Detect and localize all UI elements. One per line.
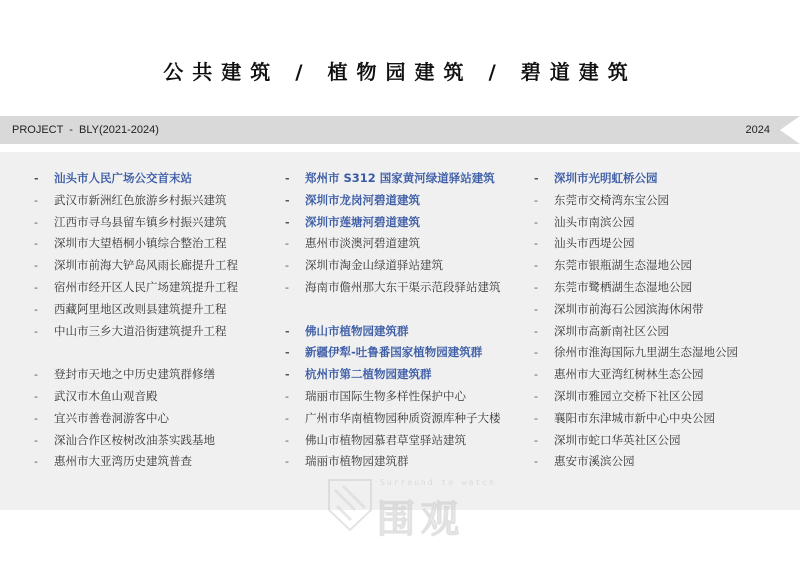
bullet-dash: - xyxy=(285,321,290,343)
project-name: 深圳市前海大铲岛风雨长廊提升工程 xyxy=(54,258,238,272)
project-name: 广州市华南植物园种质资源库种子大楼 xyxy=(305,411,501,425)
bullet-dash: - xyxy=(285,364,290,386)
project-list-item: -杭州市第二植物园建筑群 xyxy=(285,364,501,386)
bullet-dash: - xyxy=(534,321,538,343)
bullet-dash: - xyxy=(534,451,538,473)
project-list-item: -深圳市龙岗河碧道建筑 xyxy=(285,190,501,212)
bullet-dash: - xyxy=(534,299,538,321)
project-list-item: -瑞丽市国际生物多样性保护中心 xyxy=(285,386,501,408)
project-name: 新疆伊犁-吐鲁番国家植物园建筑群 xyxy=(305,345,482,359)
project-list-item: -瑞丽市植物园建筑群 xyxy=(285,451,501,473)
project-banner: PROJECT - BLY(2021-2024) 2024 xyxy=(0,116,800,144)
project-name: 武汉市新洲红色旅游乡村振兴建筑 xyxy=(54,193,227,207)
bullet-dash: - xyxy=(285,233,289,255)
project-list-item: -武汉市木鱼山观音殿 xyxy=(34,386,238,408)
project-list-item: -深汕合作区桉树改油茶实践基地 xyxy=(34,430,238,452)
project-list-item: -汕头市人民广场公交首末站 xyxy=(34,168,238,190)
bullet-dash: - xyxy=(534,277,538,299)
bullet-dash: - xyxy=(285,168,290,190)
bullet-dash: - xyxy=(285,255,289,277)
bullet-dash: - xyxy=(285,212,290,234)
column-public-buildings: -汕头市人民广场公交首末站-武汉市新洲红色旅游乡村振兴建筑-江西市寻乌县留车镇乡… xyxy=(34,168,238,473)
project-name: 深圳市大望梧桐小镇综合整治工程 xyxy=(54,236,227,250)
bullet-dash: - xyxy=(34,451,38,473)
project-name: 惠州市淡澳河碧道建筑 xyxy=(305,236,420,250)
project-list-item: -深圳市蛇口华英社区公园 xyxy=(534,430,738,452)
project-name: 杭州市第二植物园建筑群 xyxy=(305,367,432,381)
bullet-dash: - xyxy=(534,364,538,386)
bullet-dash: - xyxy=(34,168,39,190)
project-name: 惠州市大亚湾历史建筑普查 xyxy=(54,454,192,468)
project-list-item: -深圳市前海石公园滨海休闲带 xyxy=(534,299,738,321)
project-name: 东莞市鹭栖湖生态湿地公园 xyxy=(554,280,692,294)
project-list-item: -海南市儋州那大东干渠示范段驿站建筑 xyxy=(285,277,501,299)
project-name: 惠州市大亚湾红树林生态公园 xyxy=(554,367,704,381)
project-list-item: -深圳市淘金山绿道驿站建筑 xyxy=(285,255,501,277)
bullet-dash: - xyxy=(534,386,538,408)
project-name: 汕头市西堤公园 xyxy=(554,236,635,250)
project-list-item: -东莞市鹭栖湖生态湿地公园 xyxy=(534,277,738,299)
project-name: 深圳市光明虹桥公园 xyxy=(554,171,658,185)
project-name: 襄阳市东津城市新中心中央公园 xyxy=(554,411,715,425)
project-name: 郑州市 S312 国家黄河绿道驿站建筑 xyxy=(305,171,495,185)
bullet-dash: - xyxy=(534,190,538,212)
project-list-item: -深圳市大望梧桐小镇综合整治工程 xyxy=(34,233,238,255)
project-list-item: -深圳市前海大铲岛风雨长廊提升工程 xyxy=(34,255,238,277)
bullet-dash: - xyxy=(34,277,38,299)
project-name: 徐州市淮海国际九里湖生态湿地公园 xyxy=(554,345,738,359)
bullet-dash: - xyxy=(34,386,38,408)
project-list-item: -襄阳市东津城市新中心中央公园 xyxy=(534,408,738,430)
bullet-dash: - xyxy=(534,342,538,364)
bullet-dash: - xyxy=(534,168,539,190)
project-name: 瑞丽市国际生物多样性保护中心 xyxy=(305,389,466,403)
project-name: 深圳市雅园立交桥下社区公园 xyxy=(554,389,704,403)
project-name: 深圳市莲塘河碧道建筑 xyxy=(305,215,420,229)
project-name: 深汕合作区桉树改油茶实践基地 xyxy=(54,433,215,447)
banner-year-label: 2024 xyxy=(746,116,770,144)
project-list-item: -登封市天地之中历史建筑群修缮 xyxy=(34,364,238,386)
project-list-item: -佛山市植物园建筑群 xyxy=(285,321,501,343)
project-name: 佛山市植物园建筑群 xyxy=(305,324,409,338)
project-list-item: -宿州市经开区人民广场建筑提升工程 xyxy=(34,277,238,299)
bullet-dash: - xyxy=(534,212,538,234)
project-name: 海南市儋州那大东干渠示范段驿站建筑 xyxy=(305,280,501,294)
project-list-item: -汕头市西堤公园 xyxy=(534,233,738,255)
bullet-dash: - xyxy=(34,233,38,255)
bullet-dash: - xyxy=(34,212,38,234)
project-name: 东莞市银瓶湖生态湿地公园 xyxy=(554,258,692,272)
project-name: 宿州市经开区人民广场建筑提升工程 xyxy=(54,280,238,294)
project-list-item: -惠州市大亚湾历史建筑普查 xyxy=(34,451,238,473)
banner-project-label: PROJECT - BLY(2021-2024) xyxy=(12,116,159,144)
project-name: 深圳市蛇口华英社区公园 xyxy=(554,433,681,447)
column-greenway-botanical: -郑州市 S312 国家黄河绿道驿站建筑-深圳市龙岗河碧道建筑-深圳市莲塘河碧道… xyxy=(285,168,501,473)
list-spacer xyxy=(34,342,238,364)
project-list-item: -广州市华南植物园种质资源库种子大楼 xyxy=(285,408,501,430)
project-list-item: -东莞市交椅湾东宝公园 xyxy=(534,190,738,212)
project-list-item: -佛山市植物园慕君草堂驿站建筑 xyxy=(285,430,501,452)
project-list-item: -汕头市南滨公园 xyxy=(534,212,738,234)
bullet-dash: - xyxy=(534,430,538,452)
watermark: Surround to watch 围观 xyxy=(325,476,505,536)
project-list-item: -西藏阿里地区改则县建筑提升工程 xyxy=(34,299,238,321)
project-list-item: -深圳市光明虹桥公园 xyxy=(534,168,738,190)
bullet-dash: - xyxy=(34,321,38,343)
bullet-dash: - xyxy=(534,233,538,255)
page-title: 公共建筑 / 植物园建筑 / 碧道建筑 xyxy=(0,56,800,85)
project-list-item: -武汉市新洲红色旅游乡村振兴建筑 xyxy=(34,190,238,212)
bullet-dash: - xyxy=(285,190,290,212)
project-list-item: -中山市三乡大道沿街建筑提升工程 xyxy=(34,321,238,343)
project-list-item: -东莞市银瓶湖生态湿地公园 xyxy=(534,255,738,277)
project-name: 汕头市南滨公园 xyxy=(554,215,635,229)
project-list-item: -深圳市高新南社区公园 xyxy=(534,321,738,343)
bullet-dash: - xyxy=(534,255,538,277)
project-list-item: -惠州市淡澳河碧道建筑 xyxy=(285,233,501,255)
bullet-dash: - xyxy=(34,430,38,452)
project-name: 惠安市溪滨公园 xyxy=(554,454,635,468)
list-spacer xyxy=(285,299,501,321)
bullet-dash: - xyxy=(34,190,38,212)
project-name: 汕头市人民广场公交首末站 xyxy=(54,171,192,185)
bullet-dash: - xyxy=(34,299,38,321)
project-name: 东莞市交椅湾东宝公园 xyxy=(554,193,669,207)
project-name: 西藏阿里地区改则县建筑提升工程 xyxy=(54,302,227,316)
bullet-dash: - xyxy=(285,430,289,452)
project-name: 江西市寻乌县留车镇乡村振兴建筑 xyxy=(54,215,227,229)
project-list-item: -郑州市 S312 国家黄河绿道驿站建筑 xyxy=(285,168,501,190)
project-list-item: -江西市寻乌县留车镇乡村振兴建筑 xyxy=(34,212,238,234)
bullet-dash: - xyxy=(34,255,38,277)
bullet-dash: - xyxy=(34,364,38,386)
project-name: 登封市天地之中历史建筑群修缮 xyxy=(54,367,215,381)
watermark-chinese-text: 围观 xyxy=(377,488,465,543)
project-list-item: -惠州市大亚湾红树林生态公园 xyxy=(534,364,738,386)
project-name: 瑞丽市植物园建筑群 xyxy=(305,454,409,468)
bullet-dash: - xyxy=(285,277,289,299)
bullet-dash: - xyxy=(285,451,289,473)
project-name: 深圳市龙岗河碧道建筑 xyxy=(305,193,420,207)
project-name: 武汉市木鱼山观音殿 xyxy=(54,389,158,403)
project-name: 佛山市植物园慕君草堂驿站建筑 xyxy=(305,433,466,447)
column-parks: -深圳市光明虹桥公园-东莞市交椅湾东宝公园-汕头市南滨公园-汕头市西堤公园-东莞… xyxy=(534,168,738,473)
bullet-dash: - xyxy=(534,408,538,430)
watermark-english-text: Surround to watch xyxy=(380,478,496,487)
project-list-item: -深圳市莲塘河碧道建筑 xyxy=(285,212,501,234)
project-name: 中山市三乡大道沿街建筑提升工程 xyxy=(54,324,227,338)
project-name: 深圳市前海石公园滨海休闲带 xyxy=(554,302,704,316)
watermark-logo-icon xyxy=(325,476,375,534)
project-name: 宜兴市善卷洞游客中心 xyxy=(54,411,169,425)
bullet-dash: - xyxy=(34,408,38,430)
project-list-item: -惠安市溪滨公园 xyxy=(534,451,738,473)
bullet-dash: - xyxy=(285,386,289,408)
project-list-item: -深圳市雅园立交桥下社区公园 xyxy=(534,386,738,408)
project-name: 深圳市淘金山绿道驿站建筑 xyxy=(305,258,443,272)
project-list-item: -徐州市淮海国际九里湖生态湿地公园 xyxy=(534,342,738,364)
bullet-dash: - xyxy=(285,342,290,364)
project-list-item: -新疆伊犁-吐鲁番国家植物园建筑群 xyxy=(285,342,501,364)
project-name: 深圳市高新南社区公园 xyxy=(554,324,669,338)
project-list-item: -宜兴市善卷洞游客中心 xyxy=(34,408,238,430)
bullet-dash: - xyxy=(285,408,289,430)
